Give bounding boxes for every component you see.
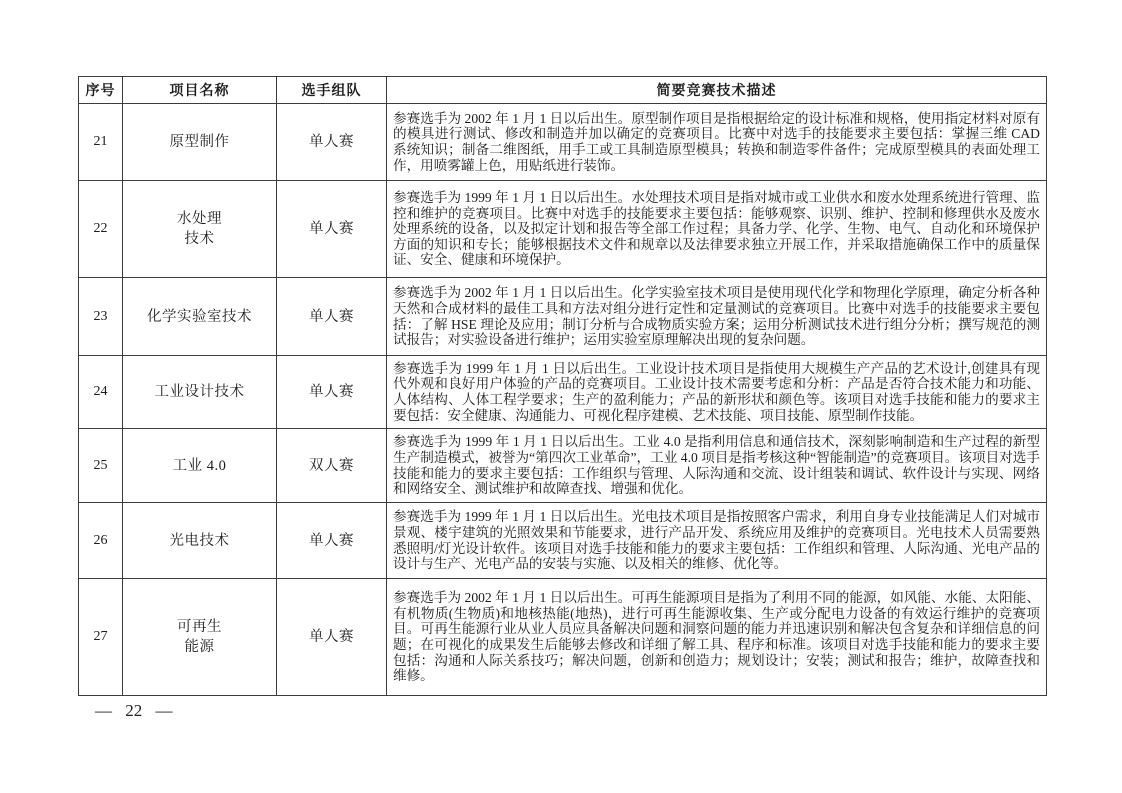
cell-team-type: 单人赛 (277, 278, 387, 356)
competition-table: 序号 项目名称 选手组队 简要竞赛技术描述 21 原型制作 单人赛 参赛选手为 … (78, 76, 1047, 696)
cell-project-name: 光电技术 (123, 503, 277, 579)
page-number: — 22 — (95, 701, 173, 721)
cell-description: 参赛选手为 2002 年 1 月 1 日以后出生。可再生能源项目是指为了利用不同… (387, 579, 1047, 696)
cell-serial-number: 25 (79, 429, 123, 503)
cell-team-type: 单人赛 (277, 503, 387, 579)
document-page: 序号 项目名称 选手组队 简要竞赛技术描述 21 原型制作 单人赛 参赛选手为 … (0, 0, 1122, 793)
table-header-row: 序号 项目名称 选手组队 简要竞赛技术描述 (79, 77, 1047, 104)
table-row: 24 工业设计技术 单人赛 参赛选手为 1999 年 1 月 1 日以后出生。工… (79, 356, 1047, 429)
table-row: 23 化学实验室技术 单人赛 参赛选手为 2002 年 1 月 1 日以后出生。… (79, 278, 1047, 356)
cell-project-name: 工业 4.0 (123, 429, 277, 503)
cell-serial-number: 22 (79, 181, 123, 278)
cell-serial-number: 26 (79, 503, 123, 579)
cell-team-type: 单人赛 (277, 356, 387, 429)
cell-description: 参赛选手为 2002 年 1 月 1 日以后出生。化学实验室技术项目是使用现代化… (387, 278, 1047, 356)
cell-description: 参赛选手为 1999 年 1 月 1 日以后出生。工业 4.0 是指利用信息和通… (387, 429, 1047, 503)
cell-serial-number: 27 (79, 579, 123, 696)
table-row: 27 可再生 能源 单人赛 参赛选手为 2002 年 1 月 1 日以后出生。可… (79, 579, 1047, 696)
header-description: 简要竞赛技术描述 (387, 77, 1047, 104)
header-project-name: 项目名称 (123, 77, 277, 104)
cell-serial-number: 23 (79, 278, 123, 356)
cell-description: 参赛选手为 1999 年 1 月 1 日以后出生。光电技术项目是指按照客户需求，… (387, 503, 1047, 579)
table-row: 21 原型制作 单人赛 参赛选手为 2002 年 1 月 1 日以后出生。原型制… (79, 104, 1047, 181)
cell-project-name: 可再生 能源 (123, 579, 277, 696)
table-row: 22 水处理 技术 单人赛 参赛选手为 1999 年 1 月 1 日以后出生。水… (79, 181, 1047, 278)
cell-project-name: 化学实验室技术 (123, 278, 277, 356)
cell-serial-number: 21 (79, 104, 123, 181)
cell-description: 参赛选手为 1999 年 1 月 1 日以后出生。水处理技术项目是指对城市或工业… (387, 181, 1047, 278)
cell-team-type: 单人赛 (277, 104, 387, 181)
cell-team-type: 单人赛 (277, 579, 387, 696)
table-row: 26 光电技术 单人赛 参赛选手为 1999 年 1 月 1 日以后出生。光电技… (79, 503, 1047, 579)
cell-team-type: 单人赛 (277, 181, 387, 278)
table-row: 25 工业 4.0 双人赛 参赛选手为 1999 年 1 月 1 日以后出生。工… (79, 429, 1047, 503)
cell-serial-number: 24 (79, 356, 123, 429)
header-serial-number: 序号 (79, 77, 123, 104)
cell-project-name: 原型制作 (123, 104, 277, 181)
cell-project-name: 水处理 技术 (123, 181, 277, 278)
cell-team-type: 双人赛 (277, 429, 387, 503)
cell-description: 参赛选手为 1999 年 1 月 1 日以后出生。工业设计技术项目是指使用大规模… (387, 356, 1047, 429)
header-team-type: 选手组队 (277, 77, 387, 104)
cell-description: 参赛选手为 2002 年 1 月 1 日以后出生。原型制作项目是指根据给定的设计… (387, 104, 1047, 181)
cell-project-name: 工业设计技术 (123, 356, 277, 429)
